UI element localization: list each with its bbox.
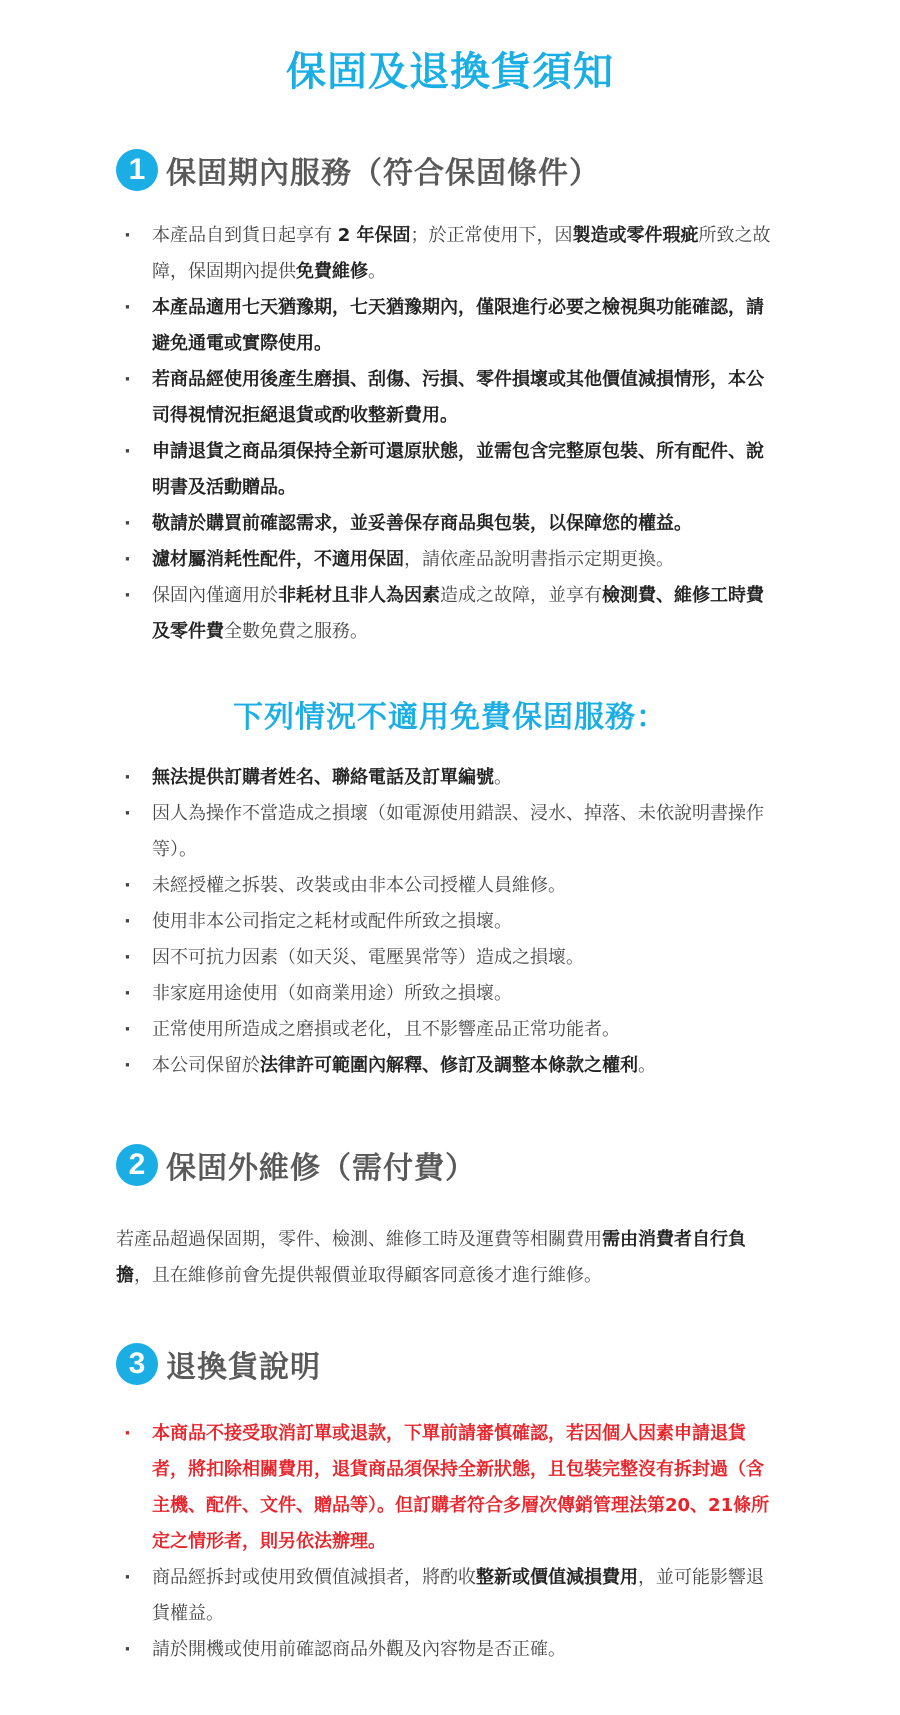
page-title: 保固及退換貨須知 [0,40,900,97]
text: 商品經拆封或使用致價值減損者，將酌收 [152,1567,476,1588]
bold-text: 法律許可範圍內解釋、修訂及調整本條款之權利 [260,1055,638,1076]
bold-text: 申請退貨之商品須保持全新可還原狀態，並需包含完整原包裝、所有配件、說明書及活動贈… [152,441,764,498]
section-3-title: 退換貨說明 [166,1342,321,1386]
text: 本產品自到貨日起享有 [152,225,338,246]
warranty-terms-list: 本產品自到貨日起享有 2 年保固；於正常使用下，因製造或零件瑕疵所致之故障，保固… [120,218,780,650]
list-item: 若商品經使用後產生磨損、刮傷、污損、零件損壞或其他價值減損情形，本公司得視情況拒… [120,362,780,434]
return-policy-list: 本商品不接受取消訂單或退款，下單前請審慎確認，若因個人因素申請退貨者，將扣除相關… [120,1416,780,1668]
section-1-title: 保固期內服務（符合保固條件） [166,148,600,192]
list-item: 濾材屬消耗性配件，不適用保固，請依產品說明書指示定期更換。 [120,542,780,578]
list-item: 未經授權之拆裝、改裝或由非本公司授權人員維修。 [120,868,780,904]
bold-text: 敬請於購買前確認需求，並妥善保存商品與包裝，以保障您的權益。 [152,513,692,534]
bold-text: 若商品經使用後產生磨損、刮傷、污損、零件損壞或其他價值減損情形，本公司得視情況拒… [152,369,764,426]
text: 保固內僅適用於 [152,585,278,606]
list-item: 請於開機或使用前確認商品外觀及內容物是否正確。 [120,1632,780,1668]
list-item: 商品經拆封或使用致價值減損者，將酌收整新或價值減損費用，並可能影響退貨權益。 [120,1560,780,1632]
exclusions-title: 下列情況不適用免費保固服務： [0,692,900,736]
text: 因不可抗力因素（如天災、電壓異常等）造成之損壞。 [152,947,584,968]
bold-text: 免費維修 [296,261,368,282]
out-of-warranty-paragraph: 若產品超過保固期，零件、檢測、維修工時及運費等相關費用需由消費者自行負擔，且在維… [116,1222,780,1294]
list-item: 無法提供訂購者姓名、聯絡電話及訂單編號。 [120,760,780,796]
bold-text: 非耗材且非人為因素 [278,585,440,606]
bold-text: 製造或零件瑕疵 [573,225,699,246]
section-2-title: 保固外維修（需付費） [166,1143,476,1187]
text: 未經授權之拆裝、改裝或由非本公司授權人員維修。 [152,875,566,896]
bold-text: 2 年保固 [338,225,411,246]
list-item: 申請退貨之商品須保持全新可還原狀態，並需包含完整原包裝、所有配件、說明書及活動贈… [120,434,780,506]
section-3-heading: 3 退換貨說明 [116,1342,321,1386]
text: 正常使用所造成之磨損或老化，且不影響產品正常功能者。 [152,1019,620,1040]
list-item: 使用非本公司指定之耗材或配件所致之損壞。 [120,904,780,940]
list-item: 敬請於購買前確認需求，並妥善保存商品與包裝，以保障您的權益。 [120,506,780,542]
list-item: 非家庭用途使用（如商業用途）所致之損壞。 [120,976,780,1012]
text: 。 [638,1055,656,1076]
text: 造成之故障，並享有 [440,585,602,606]
text: ；於正常使用下，因 [411,225,573,246]
list-item: 本產品適用七天猶豫期，七天猶豫期內，僅限進行必要之檢視與功能確認，請避免通電或實… [120,290,780,362]
text: 。 [494,767,512,788]
text: 。 [368,261,386,282]
list-item: 因人為操作不當造成之損壞（如電源使用錯誤、浸水、掉落、未依說明書操作等）。 [120,796,780,868]
text: 請於開機或使用前確認商品外觀及內容物是否正確。 [152,1639,566,1660]
list-item: 本商品不接受取消訂單或退款，下單前請審慎確認，若因個人因素申請退貨者，將扣除相關… [120,1416,780,1560]
text: ，且在維修前會先提供報價並取得顧客同意後才進行維修。 [134,1265,602,1286]
section-2-heading: 2 保固外維修（需付費） [116,1143,476,1187]
list-item: 因不可抗力因素（如天災、電壓異常等）造成之損壞。 [120,940,780,976]
list-item: 本公司保留於法律許可範圍內解釋、修訂及調整本條款之權利。 [120,1048,780,1084]
bold-text: 濾材屬消耗性配件，不適用保固 [152,549,404,570]
exclusions-list: 無法提供訂購者姓名、聯絡電話及訂單編號。因人為操作不當造成之損壞（如電源使用錯誤… [120,760,780,1084]
text: 因人為操作不當造成之損壞（如電源使用錯誤、浸水、掉落、未依說明書操作等）。 [152,803,764,860]
list-item: 保固內僅適用於非耗材且非人為因素造成之故障，並享有檢測費、維修工時費及零件費全數… [120,578,780,650]
section-1-heading: 1 保固期內服務（符合保固條件） [116,148,600,192]
text: 非家庭用途使用（如商業用途）所致之損壞。 [152,983,512,1004]
bold-text: 整新或價值減損費用 [476,1567,638,1588]
bold-text: 無法提供訂購者姓名、聯絡電話及訂單編號 [152,767,494,788]
list-item: 本產品自到貨日起享有 2 年保固；於正常使用下，因製造或零件瑕疵所致之故障，保固… [120,218,780,290]
number-1-icon: 1 [116,149,158,191]
text: 若產品超過保固期，零件、檢測、維修工時及運費等相關費用 [116,1229,602,1250]
text: ，請依產品說明書指示定期更換。 [404,549,674,570]
bold-text: 本產品適用七天猶豫期，七天猶豫期內，僅限進行必要之檢視與功能確認，請避免通電或實… [152,297,764,354]
text: 使用非本公司指定之耗材或配件所致之損壞。 [152,911,512,932]
number-3-icon: 3 [116,1343,158,1385]
bold-text: 本商品不接受取消訂單或退款，下單前請審慎確認，若因個人因素申請退貨者，將扣除相關… [152,1423,769,1552]
list-item: 正常使用所造成之磨損或老化，且不影響產品正常功能者。 [120,1012,780,1048]
text: 本公司保留於 [152,1055,260,1076]
number-2-icon: 2 [116,1144,158,1186]
text: 全數免費之服務。 [224,621,368,642]
